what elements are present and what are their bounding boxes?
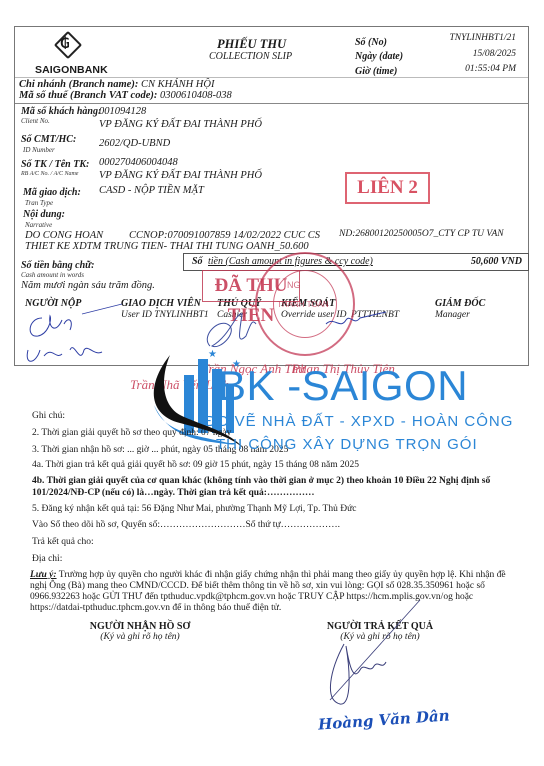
id-label: Số CMT/HC: [21,134,76,145]
id-sub: ID Number [23,146,55,154]
account-label: Số TK / Tên TK: [21,159,89,170]
branch-value: CN KHÁNH HỘI [141,79,215,90]
manager-sub: Manager [435,310,470,320]
slip-time-value: 01:55:04 PM [465,64,516,74]
figures-label-a: Số [192,256,203,267]
words-sub: Cash amount in words [21,271,84,279]
caution-paragraph: Lưu ý: Trường hợp ủy quyền cho người khá… [30,570,510,614]
slip-no-label: Số (No) [355,37,387,48]
tran-sub: Tran Type [25,199,53,207]
branch-line: Chi nhánh (Branch name): CN KHÁNH HỘI [19,79,214,90]
returner-name: Hoàng Văn Dân [318,706,451,733]
client-value: 001094128 [99,106,146,117]
address: Địa chỉ: [32,554,62,564]
amount-figures-box: Số tiền (Cash amount in figures & ccy co… [183,253,529,271]
tran-value: CASD - NỘP TIỀN MẶT [99,185,204,196]
slip-no-value: TNYLINHBT1/21 [449,33,516,43]
receiver-sub: (Ký và ghi rõ họ tên) [60,632,220,642]
narrative-label: Nội dung: [23,209,65,220]
slip-time-label: Giờ (time) [355,66,397,77]
control-signature [320,300,390,340]
bank-name: SAIGONBANK [35,64,108,76]
client-label: Mã số khách hàng: [21,106,101,117]
client-name: VP ĐĂNG KÝ ĐẤT ĐAI THÀNH PHỐ [99,119,262,130]
figures-value: 50,600 VND [471,256,522,267]
bank-logo: ₲ SAIGONBANK [35,33,105,75]
vat-value: 0300610408-038 [160,90,232,101]
words-label: Số tiền bằng chữ: [21,260,95,271]
caution-text: Trường hợp ủy quyền cho người khác đi nh… [30,570,506,613]
client-sub: Client No. [21,117,50,125]
book-entry: Vào Sổ theo dõi hồ sơ, Quyển số:……………………… [32,520,340,530]
svg-text:★: ★ [208,349,217,360]
watermark-title: BK -SAIGON [218,362,468,410]
narrative-line1-a: DO CONG HOAN [25,230,103,241]
vat-line: Mã số thuế (Branch VAT code): 0300610408… [19,90,232,101]
branch-label: Chi nhánh (Branch name): [19,79,138,90]
narrative-line1-c: ND:26800120250005O7_CTY CP TU VAN [339,229,504,239]
header-divider [15,103,528,104]
payer-signature [22,310,132,370]
vat-label: Mã số thuế (Branch VAT code): [19,90,157,101]
note-5: 5. Đăng ký nhận kết quả tại: 56 Đặng Như… [32,504,356,514]
copy-stamp: LIÊN 2 [345,172,430,204]
slip-date-label: Ngày (date) [355,51,403,62]
slip-subtitle: COLLECTION SLIP [209,51,292,62]
watermark-line1: ĐO VẼ NHÀ ĐẤT - XPXD - HOÀN CÔNG [205,413,513,430]
notes-heading: Ghi chú: [32,411,65,421]
narrative-line2: THIET KE XDTM TRUNG TIEN- THAI THI TUNG … [25,241,309,252]
narrative-line1-b: CCNOP:070091007859 14/02/2022 CUC CS [129,230,320,241]
slip-date-value: 15/08/2025 [473,49,516,59]
words-value: Năm mươi ngàn sáu trăm đồng. [21,280,155,291]
account-sub: RB A/C No. / A/C Name [21,171,78,177]
slip-title: PHIẾU THU [217,37,286,52]
id-value: 2602/QD-UBND [99,138,170,149]
branch-divider [15,77,528,78]
teller-title: GIAO DỊCH VIÊN [121,298,201,309]
tran-label: Mã giao dịch: [23,187,81,198]
receiver-title: NGƯỜI NHẬN HỒ SƠ [60,621,220,632]
note-2: 2. Thời gian giải quyết hồ sơ theo quy đ… [32,428,231,438]
payer-title: NGƯỜI NỘP [25,298,81,309]
return-to: Trả kết quả cho: [32,537,94,547]
caution-label: Lưu ý: [30,570,57,580]
teller-user-id: User ID TNYLINHBT1 [121,310,209,320]
narrative-sub: Narrative [25,221,52,229]
paid-stamp: ĐÃ THU TIỀN [202,270,300,302]
note-4b-line2: 101/2024/NĐ-CP (nếu có) là…ngày. Thời gi… [32,488,314,498]
account-no: 000270406004048 [99,157,178,168]
account-name: VP ĐĂNG KÝ ĐẤT ĐAI THÀNH PHỐ [99,170,262,181]
receiver-signature-block: NGƯỜI NHẬN HỒ SƠ (Ký và ghi rõ họ tên) [60,621,220,642]
note-4a: 4a. Thời gian trả kết quả giải quyết hồ … [32,460,359,470]
returner-signature [310,600,430,710]
watermark-line2: THI CÔNG XÂY DỰNG TRỌN GÓI [216,436,478,453]
saigonbank-glyph-icon: ₲ [60,36,70,52]
note-4b-line1: 4b. Thời gian giải quyết của cơ quan khá… [32,476,490,486]
manager-title: GIÁM ĐỐC [435,298,485,309]
